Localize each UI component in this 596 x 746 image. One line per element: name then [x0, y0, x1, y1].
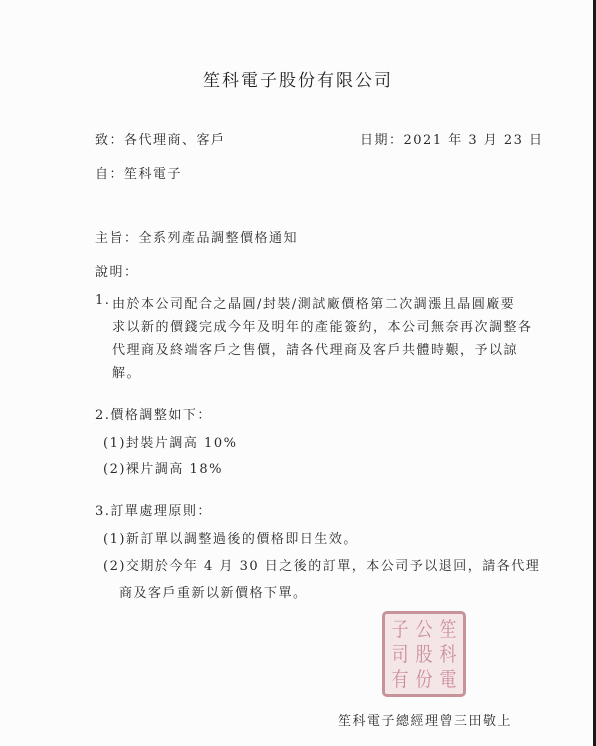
sender-line: 自：笙科電子 — [95, 163, 182, 182]
item-3-sub-2-continued: 商及客戶重新以新價格下單。 — [119, 582, 308, 601]
seal-char: 有 — [390, 666, 410, 691]
item-1-line-1: 由於本公司配合之晶圓/封裝/測試廠價格第二次調漲且晶圓廠要 — [112, 293, 545, 316]
company-title: 笙科電子股份有限公司 — [0, 66, 596, 91]
item-3-number: 3. — [95, 504, 110, 519]
seal-char: 份 — [414, 666, 434, 691]
item-2-heading-text: 價格調整如下： — [110, 408, 212, 423]
signature-line: 笙科電子總經理曾三田敬上 — [338, 710, 512, 729]
seal-char: 司 — [390, 642, 410, 667]
date-line: 日期：2021 年 3 月 23 日 — [360, 129, 544, 148]
seal-char: 科 — [438, 642, 458, 667]
item-2-sub-1: (1)封裝片調高 10% — [103, 432, 237, 451]
item-2-number: 2. — [95, 408, 110, 423]
item-2-sub-2: (2)裸片調高 18% — [103, 458, 223, 477]
seal-char: 股 — [414, 642, 434, 667]
seal-char: 電 — [438, 666, 458, 691]
seal-char: 公 — [414, 617, 434, 642]
item-1-line-3: 代理商及終端客戶之售價，請各代理商及客戶共體時艱，予以諒 — [112, 339, 545, 362]
item-1: 1. 由於本公司配合之晶圓/封裝/測試廠價格第二次調漲且晶圓廠要 求以新的價錢完… — [95, 293, 545, 385]
item-3-sub-2: (2)交期於今年 4 月 30 日之後的訂單，本公司予以退回，請各代理 — [103, 555, 540, 574]
item-1-paragraph: 由於本公司配合之晶圓/封裝/測試廠價格第二次調漲且晶圓廠要 求以新的價錢完成今年… — [112, 293, 545, 385]
item-3-heading-text: 訂單處理原則： — [110, 504, 212, 519]
item-3-sub-1: (1)新訂單以調整過後的價格即日生效。 — [103, 528, 358, 547]
recipient-line: 致：各代理商、客戶 — [95, 129, 226, 148]
seal-char: 笙 — [438, 617, 458, 642]
company-seal-stamp: 子 公 笙 司 股 科 有 份 電 — [382, 611, 466, 697]
seal-char: 子 — [390, 617, 410, 642]
item-1-line-4: 解。 — [112, 362, 545, 385]
explanation-label: 說明： — [95, 261, 139, 280]
item-2-heading: 2.價格調整如下： — [95, 404, 212, 423]
item-3-heading: 3.訂單處理原則： — [95, 500, 212, 519]
item-1-number: 1. — [95, 293, 110, 308]
item-1-line-2: 求以新的價錢完成今年及明年的產能簽約，本公司無奈再次調整各 — [112, 316, 545, 339]
subject-line: 主旨：全系列產品調整價格通知 — [95, 227, 298, 246]
